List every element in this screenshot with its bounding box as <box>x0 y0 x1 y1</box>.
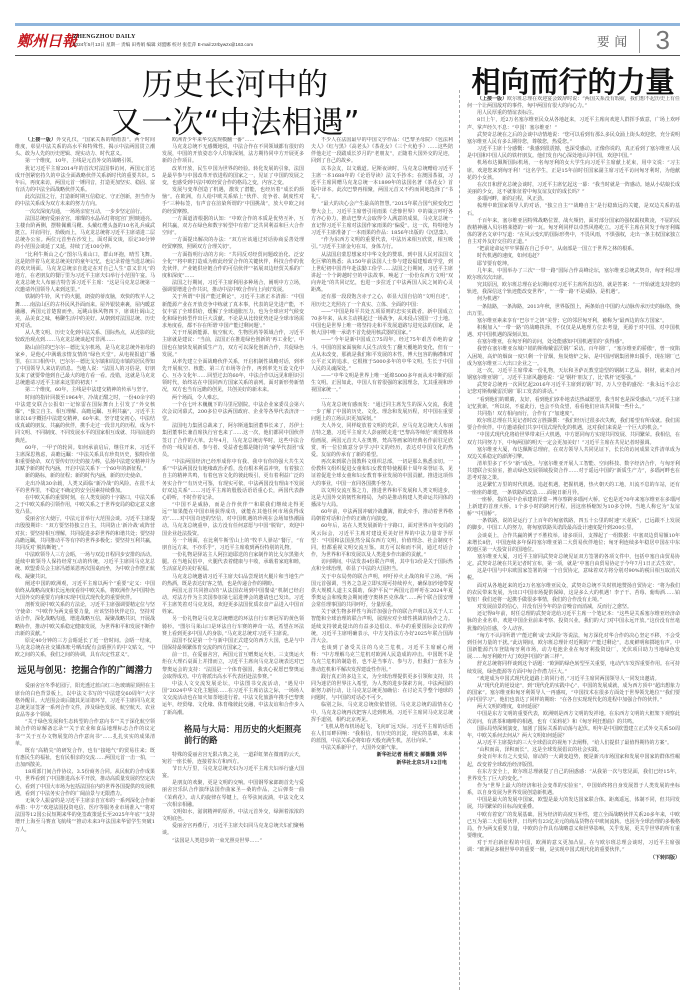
paragraph: 犹记习近平主席2014年的首次对法国事访问，两国元首达成开创紧密持久的中法全面战… <box>15 166 155 195</box>
paragraph: 塞尔维亚大厦，习近平主席同武契奇总统见证双方签署的各项文件中，包括中塞自由贸易协… <box>467 554 680 568</box>
paragraph: 一条陆路，一条海路，2013年秋，世界版图上，两条始自中国的大动脉传承历史的脉络… <box>467 304 680 318</box>
continued-on-note: （下转四版） <box>467 855 680 862</box>
paragraph: 还记得8年前，时任总理的武契奇送给习近平主席一个笔记本：“这些是关系塞尔维亚经济… <box>467 611 680 632</box>
paragraph: 这是中国与中东欧国家签署的第一个自贸协定，意味着双方将分别对90%的税目相互取消… <box>467 568 680 582</box>
paragraph: 几年来，中国举办了三次“一带一路”国际合作高峰论坛，塞尔维亚总统武契奇，匈牙利总… <box>467 268 680 282</box>
paragraph: 不少人在法国最早的中国文学作品：《巴黎圣母院》《包法利夫人》《红与黑》《高老头》… <box>311 137 453 166</box>
paragraph: 走出冷战30余载，人类又面临“新冷战”的风险。在很不太平的世界里，不稳定不确定的… <box>15 481 155 495</box>
right-article-headline: 相向而行的力量 <box>466 64 680 100</box>
paragraph: 第二个维度，60年，主线是中法建交精神的传承与坚守。 <box>15 387 155 394</box>
paragraph: “最大的决心会产生最高的智慧。”2015年联合国气候变化巴黎大会上，习近平主席曾… <box>311 201 453 237</box>
paragraph: ——“中国是和平共处五项原则的忠实实践者。新中国成立70多年来，从未主动挑起过一… <box>311 309 453 338</box>
page-number-divider <box>639 29 640 53</box>
paragraph: 关于中东局势的联合声明，呼吁停火止战的和平立场，“两国元首强调，当务之急是立即实… <box>311 574 453 610</box>
paragraph: 是朋友的欢聚，更是文明的交响。中国钢琴家郎朗首先与爱丽舍宫乐队合作演绎法国作曲家… <box>162 780 304 809</box>
paragraph: 这是繁忙万里的时代机遇。追赶机遇，把握机遇，热火朝天的工地，川流不息的车站，还有… <box>467 482 680 496</box>
paragraph: 究其原因，欧尔班总理在论坛期间对习近平主席所表达的，就是答案：“一开始就选支持您… <box>467 282 680 296</box>
paragraph: “法国是人类进步的一束光照亮世界……” <box>162 838 304 845</box>
paragraph: 60年前，中法两国冲破冷战藩篱，彼此牵手，推动着世界格局朝着对话和合作的正确方向… <box>311 509 453 523</box>
paragraph: 积极加入“一带一路”的战略抉择，不仅仅是从地理方位去考量，更源于对中国、对中国机… <box>467 325 680 339</box>
paragraph: 临别之际，马克龙总统依依惜别。马克龙总统的温情在心中，马克龙总统再次把客人送到机… <box>311 702 453 723</box>
paragraph: ——“今年是新中国成立75周年。经过75年艰苦卓绝的奋斗，中国的国家面貌和人民生… <box>311 337 453 373</box>
left-article-headline: 历史长河中的 又一次“中法相遇” <box>70 66 400 142</box>
paragraph: 机场布达佩斯国际机场，一名匈牙利的女大学生向习近平主席献上花束，用中文说：“习主… <box>467 160 680 181</box>
paragraph: 舒克总统将同样谈到这个话题：“欧洲的绿色转型至关重要，电动汽车发挥重要作用。在可… <box>467 661 680 675</box>
paragraph: 从“现代化的逆设途”，到“现代化的实践中心”，中国的发展成就，成为西方顶中“超出… <box>467 683 680 704</box>
paragraph: 一方面提出解决的办法：“双方应该通过对话协商妥善处理经贸摩擦，照顾双方合理关切”… <box>162 237 304 251</box>
paragraph: 另一个场面，在比利牛斯雪山上的“牧羊人驿站”餐厅，“有朋自远方来，不亦乐乎”，习… <box>162 538 304 552</box>
paragraph: 60年，一甲子的轮回。如何承前启后，继往开来，习近平主席深思熟虑，高瞻远瞩：“中… <box>15 445 155 474</box>
paragraph: 再次来到联合国教科文组织总部，一切是那么熟悉亲切。一份教科文组织促进女童和妇女教… <box>311 459 453 488</box>
paragraph: 爱丽舍宫冬季花园厅，阳光透过蓝白红三色玻璃屋顶照在主席台的白色背景板上，以中法文… <box>15 683 155 719</box>
continued-from-tag: （上接一版） <box>477 96 507 102</box>
paragraph: 关于就生物多样性与海洋加强合作的联合声明以及关于人工智能和全球治理的联合声明，展… <box>311 609 453 645</box>
paragraph: 欧尔班总理在共见记者时改言胜撷撰：“我们经历过很多次失败，我们希望有所成就。我们… <box>467 418 680 432</box>
paragraph: 还有那一段段饱含赤子之心，彰显大国自信的“文明自述”，用历史之光照亮了一个真实、… <box>311 294 453 308</box>
paragraph: 我曾在塞尔维亚东城户销的斯梅戴雷沃钢厂采访。百年钢厂，“塞尔维亚的骄傲”，曾一度… <box>467 346 680 367</box>
paragraph: 新的路标，新的征程；新的时代内涵，新的历史使命。 <box>15 473 155 480</box>
paragraph: 习近平主席十分感慨：“我感到很震撼，也深受感动。正像你说的，真正看到了塞尔维亚人… <box>467 146 680 160</box>
dateline: 新华社北京5月12日电 <box>311 760 453 767</box>
paragraph: 两国元首共同推动的“从法国农场到中国餐桌”机制已经启动，对法方作为主宾国参加第七… <box>162 588 304 617</box>
paragraph: “飞机从塔布机场起飞，飞向旷远天际。习近平主席的话语在人们耳畔回响：“我相信，有… <box>311 724 453 745</box>
paragraph: 会谈桌上，合作共赢的例子不胜枚举。诸多项目，支撑起了一组数据：中塞双边贸易额10… <box>467 533 680 554</box>
paragraph: …… <box>311 395 453 402</box>
paragraph: 时代机遇的速度，如何追赶？ <box>467 253 680 260</box>
paragraph: 对于开启新征程的中国，欧洲的意义更加凸显。在与欧尔班总理会谈时，习近平主席强调：… <box>467 840 680 854</box>
paragraph: “中国式现代化将给世界带来巨大机遇，中方愿同匈方实现共同发展、共同繁荣。我相信，… <box>467 432 680 446</box>
byline: 新华社记者 杨莉文 郝薇薇 刘华 <box>311 752 453 759</box>
paragraph: 发展与变革创造了机遇，激发了潜能，也经历着“成长的烦恼”。在欧洲，有人给中欧关系… <box>162 187 304 216</box>
paragraph: 改革开放，民生中国为世界的经验。转化发展的引象，法国是最早参与中国改革开放进程的… <box>162 166 304 187</box>
paragraph: 60年后，站在人类发展新的十字路口，面对世界百年变局的风云际会，习近平主席对建设… <box>311 523 453 559</box>
paragraph: 一份礼物是驿站主人阿拉迪耶送的自家制作的比戈尔黑猪火腿。在当地民俗中，火腿代表着… <box>162 552 304 573</box>
paragraph: ——“中华文明是世界上唯一延绵5000多年而从未中断的原生文明。正因如此，中国人… <box>311 373 453 394</box>
paragraph: 中欧有着宽广的发展基础。因为经济的高度互补性，建立全面战略伙伴关系20多年来，中… <box>467 812 680 841</box>
paragraph: 既有“高精尖”的研发合作，也有“接地气”的贸易往来；既有惠民生的福祉，也有民相亲… <box>15 748 155 769</box>
paragraph: 在次日和舒克总统会谈时，习近平主席忆起这一幕：“我当时就是一阵感动。她从小姑娘长… <box>467 182 680 196</box>
paragraph: “欢迎成为中国式现代化道路上的同行者，”习近平主席同两国领导人一同发出邀请。 <box>467 676 680 683</box>
left-article-column-3: 不少人在法国最早的中国文学作品：《巴黎圣母院》《包法利夫人》《红与黑》《高老头》… <box>311 137 453 987</box>
masthead-top-rule <box>15 23 680 26</box>
paragraph: 爱丽舍宫大使厅，中法元首举行大范围会谈。习近平主席提出殷殷期许：“双方要坚持独立… <box>15 516 155 552</box>
paragraph: 一方面指明行动的方向：“共同反对经贸问题政治化、泛安全化”“将中欧打造成为彼此经… <box>162 252 304 281</box>
paragraph: 从法国启蒙思想家对中华文化的赞慕，到中国人民对法国文化巨擘的熟悉；从150年前法… <box>311 252 453 295</box>
paragraph: 一个在七叶木巍巍下的马里尼剧院。中法企业家委员会第六次会议闭幕式，200多位中法… <box>162 402 304 423</box>
paragraph: 时间的指针回拨至1964年，冷战正酣之时，一份40余字的中法建交联合公报如一记惊… <box>15 395 155 445</box>
paragraph: 18项部门间合作协议、3.5份商务合同。从民航的合作成果中，世界看到了中国推进高… <box>15 769 155 798</box>
paragraph: 从率先建立全面战略伙伴关系，开启机制性战略对话，到率先开展航空、核能、第三方市场… <box>162 359 304 395</box>
paragraph: 一座桥，指的是中企承建的泽蒙－博尔察跨多瑙河大桥。它也是近70年来塞尔维亚在多瑙… <box>467 497 680 518</box>
paragraph: 铁制的牛铃，风干的火腿，朗姿的蒂皮脑，欢快的牧羊人之舞……南法山区的古朴民风扑面… <box>15 294 155 330</box>
continued-from-tag: （上接一版） <box>25 137 56 143</box>
subheading-vision: 远见与创见：挖掘合作的广阔潜力 <box>15 666 155 677</box>
paragraph: “中国不是威胁，而是合作伙伴”“和联我们继续走得更远”“如果能在中国市场获得成功… <box>162 502 304 538</box>
paragraph: 在东方安全上，欧尔班总理就提了自己的困惑感：“从我第一次与您见面，我们已经15年… <box>467 769 680 783</box>
paragraph: “作为东西方文明的重要代表，中法历来相互欣赏，相互吸引。”习近平主席金句在耳，身… <box>311 237 453 251</box>
paragraph: 身处百年未有之大变局，席动的一大调变趋势，便是新兴市场国家和发展中国家的群体性崛… <box>467 754 680 768</box>
section-name: 要闻 <box>597 32 632 50</box>
subheading-pattern: 格局与大局：用历史的火炬照亮前行的路 <box>162 724 304 746</box>
paragraph: 中法欧领导人三方会晤，一场与双边日程同步安排的活动。延续中欧领导人保持经常互动的… <box>15 552 155 581</box>
paragraph: 中法人文交流发展论坛，中法图书交流活动，“遇见中国”2024中华文化主题展……在… <box>162 681 304 717</box>
paragraph: 面对从各地赶来的近2万名塞尔维亚民众，武契奇总统不失时机地赞扬自贸协定：“将为我… <box>467 583 680 604</box>
left-article-column-2: 欧洲青少年来华交流规模翻一番”……马克龙总统不无感慨地说，中法合作在不同领域都有… <box>162 137 304 987</box>
paragraph: 爱丽舍宫再叠厅，习近平主席夫妇同马克龙总统夫妇们聚畅谈。 <box>162 823 304 837</box>
paragraph: 践行真正的多边主义，为全球治理提供更多引领和支持，共同为迷茫的世界注入希望，为人… <box>311 674 453 703</box>
paragraph: 特殊的爱丽舍宫无限古典之美，一道彩虹架在微雨的云天，宛若一座长桥，连接着东方和西… <box>162 752 304 766</box>
paragraph: 一方面道清根据的认知：“中欧合作的本质是优势互补，互利共赢，双方在绿色和数字转型… <box>162 216 304 237</box>
left-headline-line-1: 历史长河中的 <box>70 66 400 104</box>
paragraph: 马克龙总统邀请习近平主席夫妇品尝现切火腿片和当地生产的热酒，既是表达好客之情，也… <box>162 574 304 588</box>
paragraph: 马克龙总统不无感慨地说，中法合作在不同领域都有很好的发展，中国的开放姿态令人印象… <box>162 144 304 165</box>
lead-paragraph: （上接一版）外交礼仪，“国家关系的晴雨表”。两个时间维度，彰显中法关系的高水平和… <box>15 137 155 158</box>
paragraph: 剖析发展中欧关系的方法论，习近平主席强调要精定位与坚守使命：“中欧作为两支重要力… <box>15 602 155 638</box>
paragraph: 两个场面，令人难忘。 <box>162 395 304 402</box>
newspaper-logo: 鄭州日報 <box>17 30 77 51</box>
paragraph: 作为“世界上最大的经济和社会变革的实验室”，中国始终将自身发展置于人类发展的坐标… <box>467 783 680 797</box>
paragraph: 文明如水，滋润精神的原养。中法元首外交，绿洲着浓浓的文明底色。 <box>162 809 304 823</box>
paragraph: “匈方不认同所谓‘产能过剩’或‘去风险’等说法，匈方深化对华合作的决心坚定不移，… <box>467 633 680 662</box>
paragraph: 从人类文明、历史文化到中法关系、国际热点，从近影的比较政治观点到……马克龙总统谈… <box>15 330 155 344</box>
newspaper-english-name: ZHENGZHOU DAILY <box>73 34 136 40</box>
paragraph: “关于绿色发展和生态转型的合作意向书”“关于深化航空领域合作的谅解备忘录”“关于… <box>15 719 155 748</box>
paragraph: 前一日，在爱丽舍宫，两国元首互赠奥运火炬。三支奥运火炬在大理石桌面上并排而立，习… <box>162 652 304 681</box>
paragraph: 访问期间，中法发表4份联合声明，其中有3份是关于国际热点和全球治理，彰显了中法的… <box>311 559 453 573</box>
paragraph: 梳理中欧国家领导人的对话，“独立自主”“战略自主”是行稳致远的关键，是双边关系的… <box>467 203 680 217</box>
paragraph: 无氧令人振奋的是习近平主席亲自宣布的一系列深化合作新举措：中方“欢迎法国投资电信… <box>15 798 155 834</box>
paragraph: 法国不仅是第一个与新中国正式建交的西方大国，也是与中国保持最频繁体育交流的西方国… <box>162 638 304 652</box>
paragraph: 马克龙总统有感而发：“通过同主席先生的深入交流，我进一步了解了中国的历史、文化、… <box>311 402 453 423</box>
paragraph: “看到他们的眼睛，友好，看到他们淳朴地表达热诚愿望，我当时也是深受感动。”习近平… <box>467 397 680 411</box>
paragraph: 中国是最大的发展中国家，欧盟是最大的发达国家联合体。距离遥远，体制不同，但共同发… <box>467 797 680 811</box>
paragraph: 武契奇总统在之后的会谈中动情地说：“您可以看到有那么多民众涌上街头欢迎您，充分说… <box>467 132 680 146</box>
paragraph: 塞尔维亚素来享有“巴尔干之钥”美誉；它的邻居匈牙利，被称为“最西边的东方国家”。 <box>467 318 680 325</box>
paragraph: 中国是东方文明的重要代表，欧洲则是西方文明的发祥地。在东西方文明的大框架下观察此… <box>467 711 680 725</box>
paragraph: 节日大厅里，马克龙总统夫妇为习近平主席夫妇举行盛大国宴。 <box>162 766 304 780</box>
paragraph: 武契奇总统再一次回忆起2016年习近平主席到访钢厂时，万人空巷的盛况：“我永远不… <box>467 382 680 396</box>
issue-meta: 2024年5月13日 星期一 责编 田秀娟 编辑 刘盟娜 校对 张佳萍 E-ma… <box>73 42 253 48</box>
paragraph: 国际局势深刻演变，加剧了国际关系的动荡与起伏。明年是中国欧盟建立正式外交关系50… <box>467 726 680 740</box>
paragraph: 何为机遇？ <box>467 296 680 303</box>
masthead: 鄭州日報 ZHENGZHOU DAILY 2024年5月13日 星期一 责编 田… <box>15 27 680 55</box>
paragraph: 原定40分钟的三方会晤延长了近一倍时间。会晤一结束，马克龙总统在社交媒体账号晒出… <box>15 638 155 659</box>
paragraph: 清单里多了不少“新”成色。与塞尔维亚开展人工智能、空间科技、数字经济合作，与匈牙… <box>467 461 680 482</box>
right-article-body: （上接一版）欧尔班总理在欢迎宴会致辞时说：“两国关系没有瑕疵，我们想不起历史上有… <box>467 96 680 981</box>
paragraph: 法国总统府爱丽舍宫，璀璨的水晶吊灯将庭宫门照映通亮。主楼台阶两侧，摆鞋佩戴马靴、… <box>15 216 155 252</box>
paragraph: 第一个维度，10年，主线是元首外交的战略引领。 <box>15 158 155 165</box>
paragraph: 耶节要有乾坤。 <box>467 261 680 268</box>
page-number: 3 <box>656 25 670 56</box>
paragraph: 此次法国之行，打造新时期互信稳定、守正创新，担当作为的中法关系成为双方未来的努力… <box>15 194 155 208</box>
paragraph: 阐述中国的欧洲观，习近平主席以两个“重要”定义：中国始终从战略高度和长远角度看待… <box>15 581 155 602</box>
left-article-column-1: （上接一版）外交礼仪，“国家关系的晴雨表”。两个时间维度，彰显中法关系的高水平和… <box>15 137 155 987</box>
paragraph: 也谈到了备受关注的乌克兰危机。习近平主席耐心阐释：“中方理解乌克兰危机对欧洲人民… <box>311 645 453 674</box>
paragraph: 以文明交流互鉴之力，推进世界和平发展和人类文明进步，这是大国外交的韧性和格局，为… <box>311 488 453 509</box>
lead-paragraph: （上接一版）欧尔班总理在欢迎宴会致辞时说：“两国关系没有瑕疵，我们想不起历史上有… <box>467 96 680 110</box>
paragraph: 法国之行期间，习近平主席利用多种场合，阐明中方立场，强调要增进合作共识，推动中法… <box>162 280 304 294</box>
paragraph: “比利牛斯山之心”图尔马莱山口，群山环抱，晴雪飞舞。这是陪伴着马克龙总统美好的童… <box>15 252 155 295</box>
paragraph: 另一份礼物是马克龙总统赠送的环法自行车赛冠军的黄色领骑衫。“图尔马莱山口是环法自… <box>162 616 304 637</box>
paragraph: 共同指！双方相向而行，合作有了“加速度”。 <box>467 411 680 418</box>
paragraph: 塞尔维亚大厦，布达佩斯总理府，在双方领导人共同见证下，长长的访问成果文件清单成为… <box>467 447 680 461</box>
paragraph: 一次次深度沟通，一场场亲密互动，一步步坚定前行。 <box>15 209 155 216</box>
paragraph: 在中欧关系的重要时刻，在人类发展的十字路口，中法关系之于中欧关系的引领作用，中欧… <box>15 495 155 516</box>
masthead-bottom-rule <box>15 55 680 56</box>
paragraph: 8日上午，近2万名塞尔维亚民众从各地赶来，习近平主席向欢迎人群挥手致意，广场上欢… <box>467 117 680 131</box>
paragraph: 路山前往的巴尔尔－德比戈尔机场，是马克龙总统外祖母的家乡，是他心中满载亲情友情的… <box>15 345 155 388</box>
paragraph: 法国电力集团总裁来了，阿尔斯通集团董事长来了，苏伊士集团董事长兼首席执行官也来了… <box>162 423 304 459</box>
paragraph: 这一次，习近平主席带来一份礼物，天坛和圣萨瓦教堂造型的钢制工艺品。钢材，就来自河… <box>467 368 680 382</box>
article-divider <box>459 90 460 990</box>
paragraph: 关于开展新能源、航空航天、生物医药等领域合作，习近平主席就是建议：“当前，法国正… <box>162 330 304 359</box>
paragraph: “中法两国经济已经形成你中有我、我中有你的强大共生关系”“中法两国没有地缘政治矛… <box>162 459 304 502</box>
paragraph: 夫人外交，同样绽放着文明的光彩。应马克龙总统夫人布丽吉特之邀，习近平主席夫人彭丽… <box>311 423 453 459</box>
paragraph: 关于所谓“中国产能过剩论”，习近平主席正本清源：“中国新能源产业在开放竞争中练就… <box>162 294 304 330</box>
paragraph: 一条铁路，说的是运行了上百年的匈塞铁路，四五十公里的时速“天花板”，已远跟不上发… <box>467 518 680 532</box>
paragraph: 以书会友，以文载道。尼斯夜读时，马克龙总统赠给习近平主席一本1688年的《论语导… <box>311 166 453 202</box>
paragraph: 千百年来，塞尔维亚因特殊战略位置，战火频仍，面对部分国家的强权霸权欺凌，不屈的民… <box>467 218 680 247</box>
